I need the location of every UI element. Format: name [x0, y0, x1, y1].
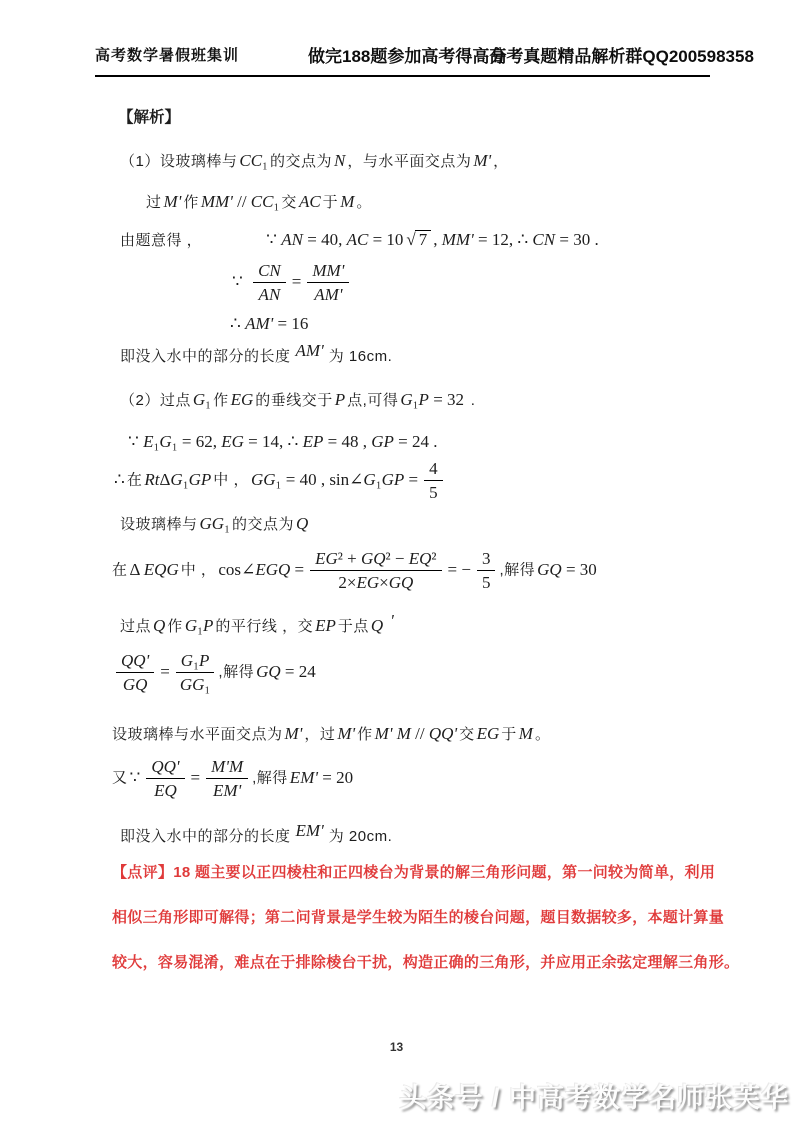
- header-watermark: 高考真题精品解析群QQ200598358: [489, 47, 754, 66]
- solution-line-3: 由题意得 ， ∵ AN = 40, AC = 10√7, MM' = 12, ∴…: [120, 228, 601, 253]
- solution-line-1: （1）设玻璃棒与CC₁的交点为N，与水平面交点为M'，: [120, 149, 509, 174]
- solution-line-14: 设玻璃棒与水平面交点为M'，过M'作M' M // QQ'交EG于M。: [112, 722, 550, 747]
- solution-line-5: ∴ AM' = 16: [228, 312, 310, 337]
- header-right-text: 做完188题参加高考得高分高考真题精品解析群QQ200598358: [308, 42, 754, 67]
- solution-line-15-fraction: 又∵QQ'EQ=M'MEM',解得EM' = 20: [112, 756, 355, 802]
- comment-line: 【点评】18 题主要以正四棱柱和正四棱台为背景的解三角形问题，第一问较为简单，利…: [112, 858, 694, 903]
- document-page: { "colors": { "text": "#1d1d1d", "commen…: [0, 0, 793, 1121]
- comment-block: 【点评】18 题主要以正四棱柱和正四棱台为背景的解三角形问题，第一问较为简单，利…: [112, 858, 694, 993]
- solution-line-11-cosine-rule: 在Δ EQG中 ，cos∠EGQ =EG² + GQ² − EQ²2×EG×GQ…: [112, 548, 599, 594]
- comment-line: 较大，容易混淆，难点在于排除棱台干扰，构造正确的三角形，并应用正余弦定理解三角形…: [112, 948, 694, 993]
- header-slogan: 做完188题参加高考得高分: [308, 47, 506, 66]
- solution-line-10: 设玻璃棒与GG₁的交点为Q: [120, 512, 310, 537]
- solution-heading: 【解析】: [118, 106, 180, 130]
- solution-line-2: 过M'作MM' // CC₁交AC于M。: [146, 190, 372, 215]
- solution-line-16-result2: 即没入水中的部分的长度EM'为 20cm.: [120, 824, 392, 849]
- solution-line-12: 过点Q作G₁P的平行线 ，交EP于点Q': [120, 614, 399, 639]
- header-left-title: 高考数学暑假班集训: [95, 44, 239, 65]
- header-rule: [95, 75, 710, 77]
- solution-line-7: （2）过点G₁作EG的垂线交于P点,可得G₁P = 32 .: [120, 388, 475, 413]
- footer-watermark: 头条号 / 中高考数学名师张芙华: [399, 1076, 789, 1115]
- page-number: 13: [0, 1040, 793, 1054]
- solution-line-9: ∴在RtΔG₁GP中 ，GG₁ = 40 , sin∠G₁GP =45: [112, 458, 447, 504]
- solution-line-6-result1: 即没入水中的部分的长度AM'为 16cm.: [120, 344, 392, 369]
- comment-line: 相似三角形即可解得；第二问背景是学生较为陌生的棱台问题，题目数据较多，本题计算量: [112, 903, 694, 948]
- solution-line-4-fraction: ∵ CNAN=MM'AM': [230, 260, 353, 306]
- solution-line-13-fraction: QQ'GQ=G₁PGG₁,解得GQ = 24: [112, 650, 318, 696]
- solution-line-8: ∵ E₁G₁ = 62, EG = 14, ∴ EP = 48 , GP = 2…: [126, 430, 439, 455]
